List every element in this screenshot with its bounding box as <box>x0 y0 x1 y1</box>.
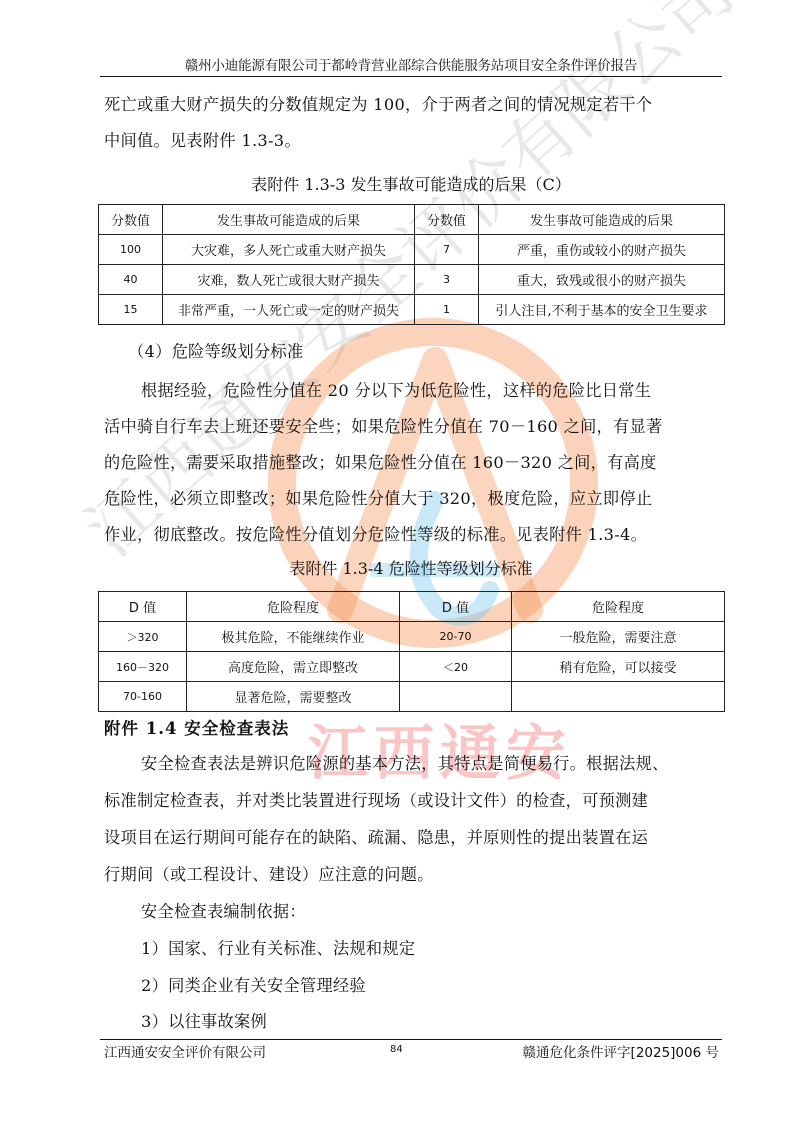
table-row: 15 非常严重，一人死亡或一定的财产损失 1 引人注目,不利于基本的安全卫生要求 <box>99 295 725 325</box>
table-cell: 非常严重，一人死亡或一定的财产损失 <box>163 295 415 325</box>
table-cell: 20-70 <box>400 622 512 652</box>
table-cell: ＞320 <box>99 622 187 652</box>
table-header-cell: 发生事故可能造成的后果 <box>163 205 415 235</box>
table-header-cell: D 值 <box>400 592 512 622</box>
list-item: 2）同类企业有关安全管理经验 <box>141 968 759 1004</box>
paragraph-line: 标准制定检查表，并对类比装置进行现场（或设计文件）的检查，可预测建 <box>104 783 722 819</box>
footer-company: 江西通安安全评价有限公司 <box>104 1041 266 1061</box>
table-cell: 100 <box>99 235 163 265</box>
table-cell: 极其危险，不能继续作业 <box>187 622 400 652</box>
paragraph-line: 设项目在运行期间可能存在的缺陷、疏漏、隐患，并原则性的提出装置在运 <box>104 820 722 856</box>
table-cell: ＜20 <box>400 652 512 682</box>
table-header-cell: 分数值 <box>415 205 479 235</box>
table2-caption: 表附件 1.3-4 危险性等级划分标准 <box>100 556 722 579</box>
footer-document-code: 赣通危化条件评字[2025]006 号 <box>523 1041 719 1061</box>
table-row: ＞320 极其危险，不能继续作业 20-70 一般危险，需要注意 <box>99 622 725 652</box>
table-header-cell: 发生事故可能造成的后果 <box>479 205 725 235</box>
table-header-cell: 危险程度 <box>187 592 400 622</box>
list-item: 1）国家、行业有关标准、法规和规定 <box>141 931 759 967</box>
table-cell: 严重，重伤或较小的财产损失 <box>479 235 725 265</box>
page-number: 84 <box>390 1044 403 1055</box>
table-cell: 一般危险，需要注意 <box>512 622 725 652</box>
paragraph-line: 根据经验，危险性分值在 20 分以下为低危险性，这样的危险比日常生 <box>141 373 759 409</box>
table-cell: 15 <box>99 295 163 325</box>
table-row: 160－320 高度危险，需立即整改 ＜20 稍有危险，可以接受 <box>99 652 725 682</box>
paragraph-line: 安全检查表法是辨识危险源的基本方法，其特点是简便易行。根据法规、 <box>141 746 759 782</box>
table-cell: 引人注目,不利于基本的安全卫生要求 <box>479 295 725 325</box>
basis-title: 安全检查表编制依据： <box>141 894 759 930</box>
table-cell: 重大，致残或很小的财产损失 <box>479 265 725 295</box>
table-cell: 160－320 <box>99 652 187 682</box>
paragraph-line: 行期间（或工程设计、建设）应注意的问题。 <box>104 857 722 893</box>
table-cell: 显著危险，需要整改 <box>187 682 400 712</box>
subheading-hazard-levels: （4）危险等级划分标准 <box>128 334 746 370</box>
header-divider <box>100 76 722 77</box>
table1-caption: 表附件 1.3-3 发生事故可能造成的后果（C） <box>100 172 722 195</box>
footer-divider <box>100 1039 722 1040</box>
header-title: 赣州小迪能源有限公司于都岭背营业部综合供能服务站项目安全条件评价报告 <box>100 54 722 74</box>
table-cell <box>400 682 512 712</box>
table-header-cell: 分数值 <box>99 205 163 235</box>
table-header-row: D 值 危险程度 D 值 危险程度 <box>99 592 725 622</box>
paragraph-line: 中间值。见表附件 1.3-3。 <box>104 123 722 159</box>
hazard-level-table: D 值 危险程度 D 值 危险程度 ＞320 极其危险，不能继续作业 20-70… <box>98 591 725 712</box>
table-header-row: 分数值 发生事故可能造成的后果 分数值 发生事故可能造成的后果 <box>99 205 725 235</box>
table-header-cell: 危险程度 <box>512 592 725 622</box>
section-heading: 附件 1.4 安全检查表法 <box>104 715 289 739</box>
table-cell: 高度危险，需立即整改 <box>187 652 400 682</box>
paragraph-line: 的危险性，需要采取措施整改；如果危险性分值在 160－320 之间，有高度 <box>104 445 722 481</box>
table-cell: 灾难，数人死亡或很大财产损失 <box>163 265 415 295</box>
table-header-cell: D 值 <box>99 592 187 622</box>
paragraph-line: 活中骑自行车去上班还要安全些；如果危险性分值在 70－160 之间，有显著 <box>104 409 722 445</box>
paragraph-line: 危险性，必须立即整改；如果危险性分值大于 320，极度危险，应立即停止 <box>104 481 722 517</box>
table-cell: 7 <box>415 235 479 265</box>
table-cell: 3 <box>415 265 479 295</box>
table-cell: 40 <box>99 265 163 295</box>
table-cell: 1 <box>415 295 479 325</box>
paragraph-line: 作业，彻底整改。按危险性分值划分危险性等级的标准。见表附件 1.3-4。 <box>104 517 722 553</box>
table-row: 100 大灾难，多人死亡或重大财产损失 7 严重，重伤或较小的财产损失 <box>99 235 725 265</box>
table-row: 70-160 显著危险，需要整改 <box>99 682 725 712</box>
document-page: 江西通安安全评价有限公司 江西通安 赣州小迪能源有限公司于都岭背营业部综合供能服… <box>0 0 793 1122</box>
table-cell: 稍有危险，可以接受 <box>512 652 725 682</box>
paragraph-line: 死亡或重大财产损失的分数值规定为 100，介于两者之间的情况规定若干个 <box>104 87 722 123</box>
table-row: 40 灾难，数人死亡或很大财产损失 3 重大，致残或很小的财产损失 <box>99 265 725 295</box>
table-cell: 70-160 <box>99 682 187 712</box>
list-item: 3）以往事故案例 <box>141 1004 759 1040</box>
consequence-table: 分数值 发生事故可能造成的后果 分数值 发生事故可能造成的后果 100 大灾难，… <box>98 204 725 325</box>
table-cell <box>512 682 725 712</box>
table-cell: 大灾难，多人死亡或重大财产损失 <box>163 235 415 265</box>
